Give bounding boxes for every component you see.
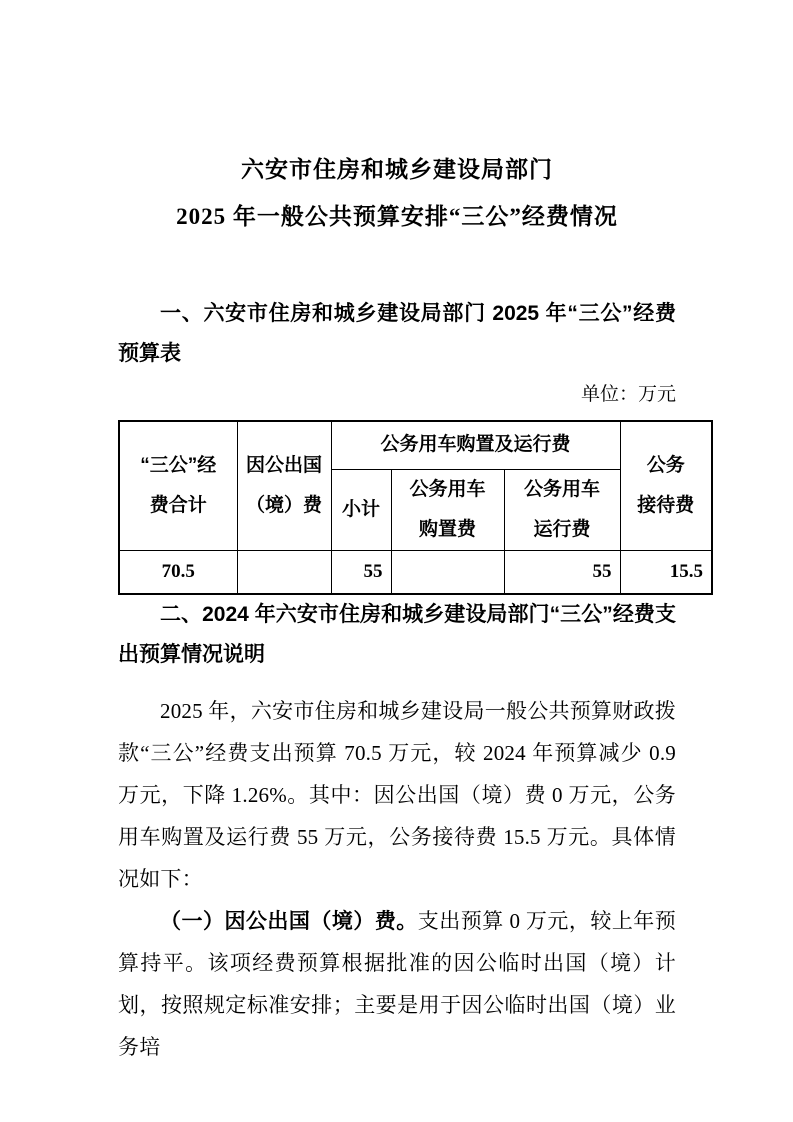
data-cell-operation: 55 [504, 550, 620, 594]
header-cell-purchase: 公务用车 购置费 [391, 469, 504, 550]
header-cell-subtotal: 小计 [331, 469, 391, 550]
header-cell-reception: 公务 接待费 [620, 421, 712, 550]
section1-heading: 一、六安市住房和城乡建设局部门 2025 年“三公”经费预算表 [118, 294, 676, 374]
data-cell-reception: 15.5 [620, 550, 712, 594]
data-cell-abroad [237, 550, 331, 594]
unit-label: 单位：万元 [118, 382, 676, 408]
table-header-row-group: “三公”经 费合计 因公出国 （境）费 公务用车购置及运行费 公务 接待费 [119, 421, 712, 469]
header-cell-abroad: 因公出国 （境）费 [237, 421, 331, 550]
header-cell-operation: 公务用车 运行费 [504, 469, 620, 550]
section2-heading: 二、2024 年六安市住房和城乡建设局部门“三公”经费支出预算情况说明 [118, 595, 676, 675]
data-cell-total: 70.5 [119, 550, 237, 594]
doc-title-line1: 六安市住房和城乡建设局部门 [118, 146, 676, 193]
paragraph-abroad: （一）因公出国（境）费。支出预算 0 万元，较上年预算持平。该项经费预算根据批准… [118, 900, 676, 1068]
paragraph-abroad-lead: （一）因公出国（境）费。 [160, 909, 418, 933]
budget-table: “三公”经 费合计 因公出国 （境）费 公务用车购置及运行费 公务 接待费 小计… [118, 420, 713, 595]
paragraph-overview: 2025 年，六安市住房和城乡建设局一般公共预算财政拨款“三公”经费支出预算 7… [118, 690, 676, 900]
data-cell-purchase [391, 550, 504, 594]
table-data-row: 70.5 55 55 15.5 [119, 550, 712, 594]
document-page: 六安市住房和城乡建设局部门 2025 年一般公共预算安排“三公”经费情况 一、六… [0, 0, 793, 1122]
header-cell-total: “三公”经 费合计 [119, 421, 237, 550]
doc-title-line2: 2025 年一般公共预算安排“三公”经费情况 [118, 193, 676, 240]
header-cell-vehicle-group: 公务用车购置及运行费 [331, 421, 620, 469]
data-cell-subtotal: 55 [331, 550, 391, 594]
